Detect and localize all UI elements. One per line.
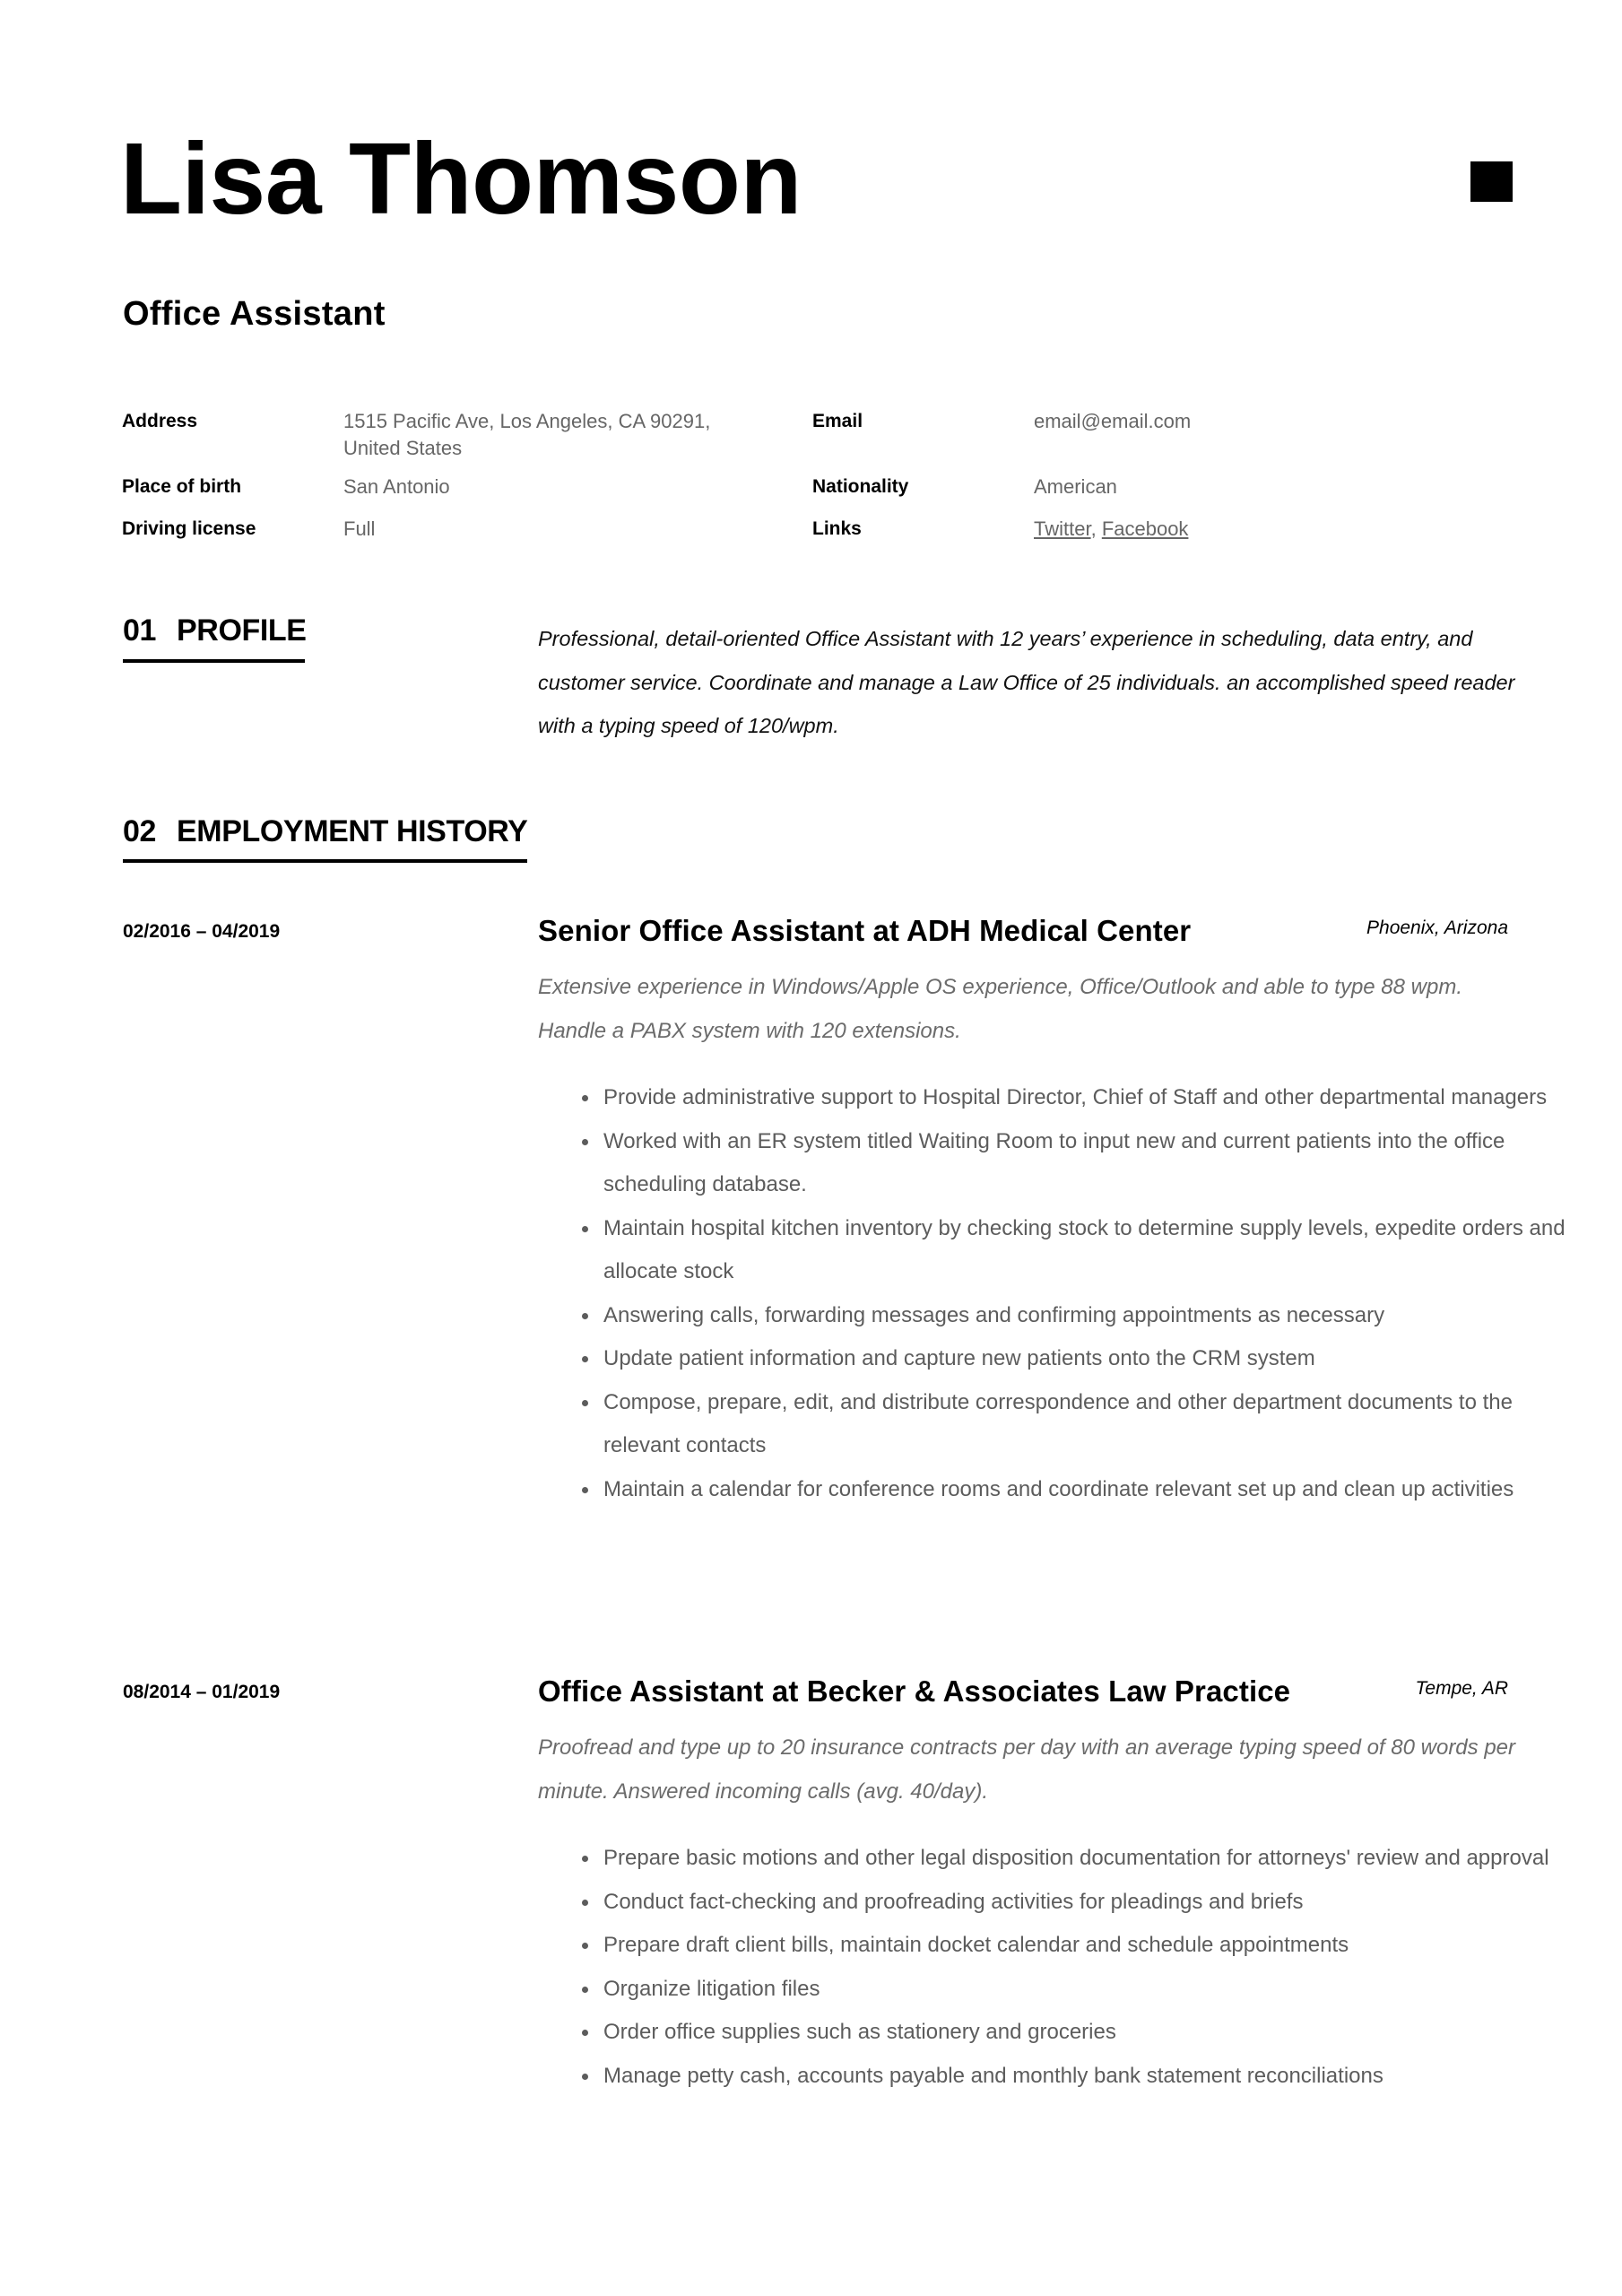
decorative-square-icon	[1470, 161, 1513, 202]
email-value[interactable]: email@email.com	[1034, 408, 1191, 435]
profile-summary: Professional, detail-oriented Office Ass…	[538, 617, 1515, 748]
job-responsibilities: Provide administrative support to Hospit…	[538, 1076, 1572, 1511]
twitter-link[interactable]: Twitter	[1034, 517, 1091, 540]
responsibility-item: Compose, prepare, edit, and distribute c…	[603, 1381, 1572, 1468]
job-responsibilities: Prepare basic motions and other legal di…	[538, 1837, 1572, 2098]
profile-heading: 01PROFILE	[123, 615, 307, 646]
employment-section-number: 02	[123, 814, 156, 848]
driving-license-value: Full	[343, 516, 375, 543]
facebook-link[interactable]: Facebook	[1102, 517, 1189, 540]
responsibility-item: Update patient information and capture n…	[603, 1337, 1572, 1381]
candidate-name: Lisa Thomson	[120, 128, 802, 230]
responsibility-item: Maintain a calendar for conference rooms…	[603, 1468, 1572, 1512]
employment-heading-underline	[123, 859, 527, 863]
responsibility-item: Prepare draft client bills, maintain doc…	[603, 1924, 1572, 1968]
driving-license-label: Driving license	[122, 516, 256, 543]
profile-section-number: 01	[123, 613, 156, 648]
job-description: Extensive experience in Windows/Apple OS…	[538, 966, 1515, 1053]
links-label: Links	[812, 516, 862, 543]
job-dates: 08/2014 – 01/2019	[123, 1682, 280, 1703]
responsibility-item: Manage petty cash, accounts payable and …	[603, 2055, 1572, 2099]
responsibility-item: Conduct fact-checking and proofreading a…	[603, 1881, 1572, 1925]
employment-heading: 02EMPLOYMENT HISTORY	[123, 816, 527, 847]
email-label: Email	[812, 408, 863, 435]
place-of-birth-label: Place of birth	[122, 474, 241, 500]
job-description: Proofread and type up to 20 insurance co…	[538, 1726, 1515, 1813]
responsibility-item: Answering calls, forwarding messages and…	[603, 1294, 1572, 1338]
place-of-birth-value: San Antonio	[343, 474, 450, 500]
responsibility-item: Organize litigation files	[603, 1968, 1572, 2012]
profile-heading-underline	[123, 659, 305, 663]
job-title: Office Assistant at Becker & Associates …	[538, 1674, 1290, 1709]
candidate-job-title: Office Assistant	[123, 297, 386, 331]
job-title: Senior Office Assistant at ADH Medical C…	[538, 914, 1191, 948]
responsibility-item: Worked with an ER system titled Waiting …	[603, 1120, 1572, 1207]
address-value: 1515 Pacific Ave, Los Angeles, CA 90291,…	[343, 408, 720, 462]
responsibility-item: Provide administrative support to Hospit…	[603, 1076, 1572, 1120]
employment-section-title: EMPLOYMENT HISTORY	[177, 814, 527, 848]
responsibility-item: Order office supplies such as stationery…	[603, 2011, 1572, 2055]
links-value: Twitter, Facebook	[1034, 516, 1188, 543]
nationality-label: Nationality	[812, 474, 908, 500]
responsibility-item: Maintain hospital kitchen inventory by c…	[603, 1207, 1572, 1294]
job-location: Phoenix, Arizona	[1366, 918, 1508, 939]
job-dates: 02/2016 – 04/2019	[123, 921, 280, 943]
address-label: Address	[122, 408, 197, 435]
links-separator: ,	[1091, 517, 1102, 540]
job-location: Tempe, AR	[1416, 1678, 1509, 1700]
responsibility-item: Prepare basic motions and other legal di…	[603, 1837, 1572, 1881]
nationality-value: American	[1034, 474, 1117, 500]
profile-section-title: PROFILE	[177, 613, 307, 648]
